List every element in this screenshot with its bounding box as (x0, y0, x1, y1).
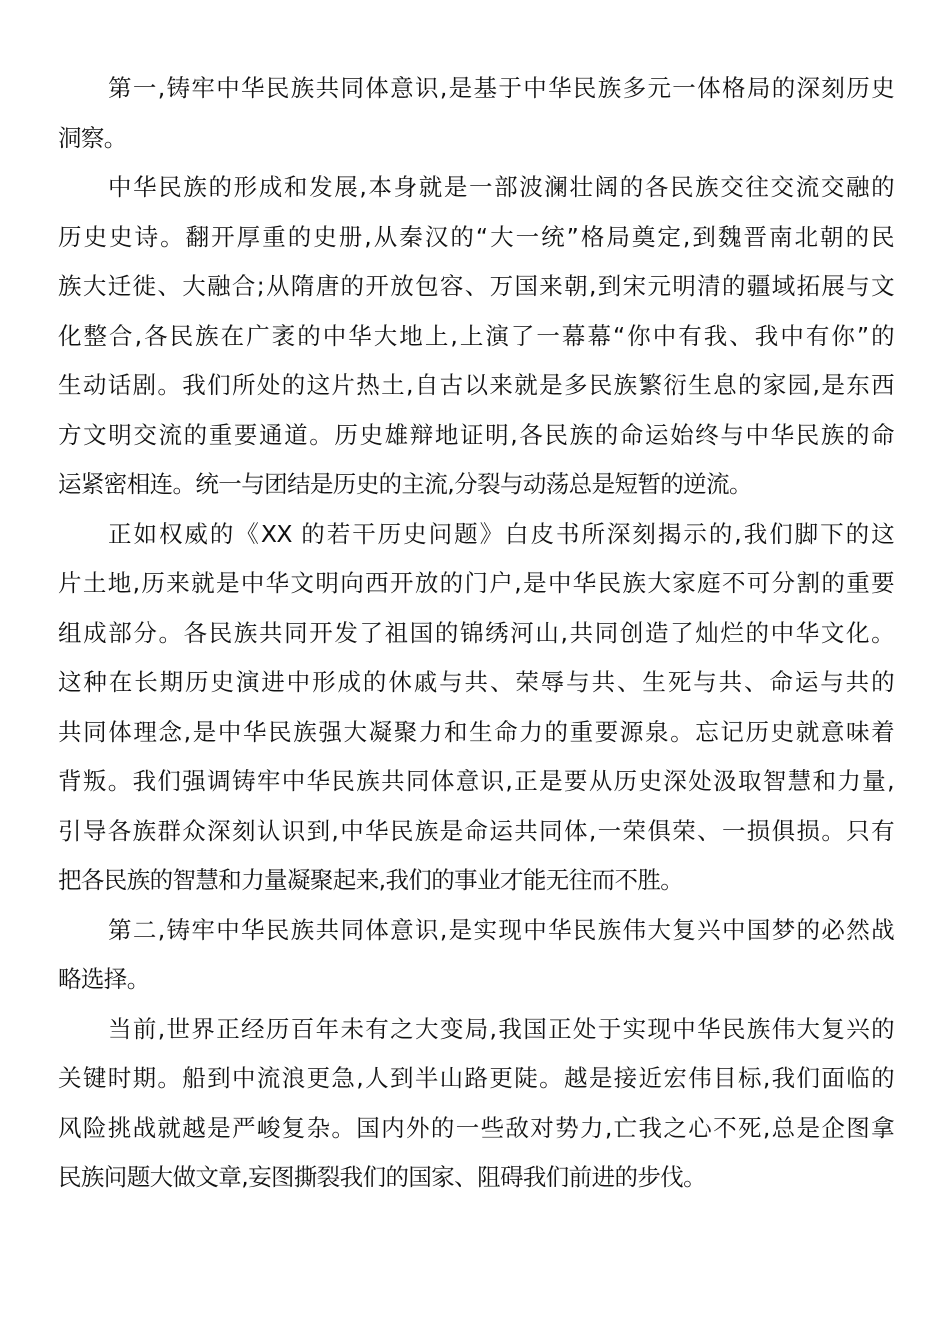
text-line: 背叛。我们强调铸牢中华民族共同体意识,正是要从历史深处汲取智慧和力量, (58, 760, 894, 810)
text-line: 共同体理念,是中华民族强大凝聚力和生命力的重要源泉。忘记历史就意味着 (58, 711, 894, 761)
text-line: 风险挑战就越是严峻复杂。国内外的一些敌对势力,亡我之心不死,总是企图拿 (58, 1107, 894, 1157)
text-line: 第一,铸牢中华民族共同体意识,是基于中华民族多元一体格局的深刻历史 (58, 67, 894, 117)
text-line: 第二,铸牢中华民族共同体意识,是实现中华民族伟大复兴中国梦的必然战 (58, 909, 894, 959)
paragraph-current-situation: 当前,世界正经历百年未有之大变局,我国正处于实现中华民族伟大复兴的 关键时期。船… (58, 1008, 894, 1206)
text-line: 略选择。 (58, 958, 894, 1008)
text-line: 引导各族群众深刻认识到,中华民族是命运共同体,一荣俱荣、一损俱损。只有 (58, 810, 894, 860)
text-line: 历史史诗。翻开厚重的史册,从秦汉的“大一统”格局奠定,到魏晋南北朝的民 (58, 216, 894, 266)
paragraph-point-two: 第二,铸牢中华民族共同体意识,是实现中华民族伟大复兴中国梦的必然战 略选择。 (58, 909, 894, 1008)
document-body: 第一,铸牢中华民族共同体意识,是基于中华民族多元一体格局的深刻历史 洞察。 中华… (58, 67, 894, 1206)
text-line: 当前,世界正经历百年未有之大变局,我国正处于实现中华民族伟大复兴的 (58, 1008, 894, 1058)
text-line: 关键时期。船到中流浪更急,人到半山路更陡。越是接近宏伟目标,我们面临的 (58, 1057, 894, 1107)
document-page: 第一,铸牢中华民族共同体意识,是基于中华民族多元一体格局的深刻历史 洞察。 中华… (0, 0, 950, 1344)
text-line: 把各民族的智慧和力量凝聚起来,我们的事业才能无往而不胜。 (58, 859, 894, 909)
text-line: 中华民族的形成和发展,本身就是一部波澜壮阔的各民族交往交流交融的 (58, 166, 894, 216)
text-line: 民族问题大做文章,妄图撕裂我们的国家、阻碍我们前进的步伐。 (58, 1156, 894, 1206)
text-line: 化整合,各民族在广袤的中华大地上,上演了一幕幕“你中有我、我中有你”的 (58, 315, 894, 365)
paragraph-white-paper: 正如权威的《XX 的若干历史问题》白皮书所深刻揭示的,我们脚下的这 片土地,历来… (58, 513, 894, 909)
text-line: 方文明交流的重要通道。历史雄辩地证明,各民族的命运始终与中华民族的命 (58, 414, 894, 464)
text-line: 这种在长期历史演进中形成的休戚与共、荣辱与共、生死与共、命运与共的 (58, 661, 894, 711)
paragraph-point-one: 第一,铸牢中华民族共同体意识,是基于中华民族多元一体格局的深刻历史 洞察。 (58, 67, 894, 166)
text-line: 组成部分。各民族共同开发了祖国的锦绣河山,共同创造了灿烂的中华文化。 (58, 612, 894, 662)
text-line: 片土地,历来就是中华文明向西开放的门户,是中华民族大家庭不可分割的重要 (58, 562, 894, 612)
text-line: 族大迁徙、大融合;从隋唐的开放包容、万国来朝,到宋元明清的疆域拓展与文 (58, 265, 894, 315)
text-line: 生动话剧。我们所处的这片热土,自古以来就是多民族繁衍生息的家园,是东西 (58, 364, 894, 414)
text-line: 洞察。 (58, 117, 894, 167)
text-line: 正如权威的《XX 的若干历史问题》白皮书所深刻揭示的,我们脚下的这 (58, 513, 894, 563)
paragraph-history-epic: 中华民族的形成和发展,本身就是一部波澜壮阔的各民族交往交流交融的 历史史诗。翻开… (58, 166, 894, 513)
text-line: 运紧密相连。统一与团结是历史的主流,分裂与动荡总是短暂的逆流。 (58, 463, 894, 513)
